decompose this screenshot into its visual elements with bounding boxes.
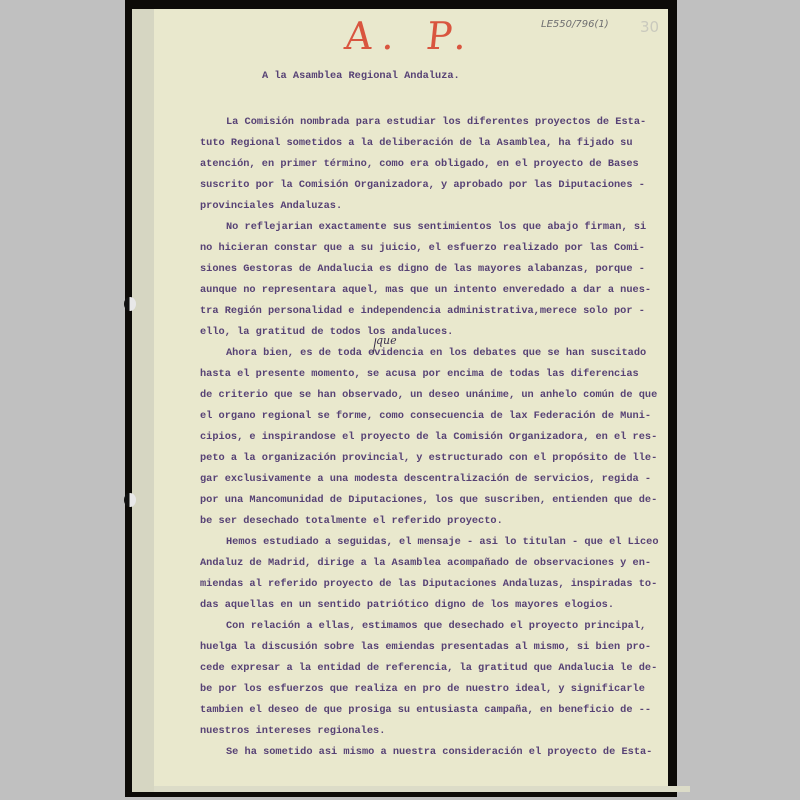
text-line: no hicieran constar que a su juicio, el … (200, 238, 659, 259)
underlying-page-edge (154, 786, 690, 792)
text-line: aunque no representara aquel, mas que un… (200, 280, 659, 301)
handwritten-insertion: que (376, 334, 397, 347)
text-line: atención, en primer término, como era ob… (200, 154, 659, 175)
text-line: tuto Regional sometidos a la deliberació… (200, 133, 659, 154)
punch-hole-icon (124, 297, 136, 311)
punch-hole-icon (124, 493, 136, 507)
text-line: be por los esfuerzos que realiza en pro … (200, 679, 659, 700)
text-line: de criterio que se han observado, un des… (200, 385, 659, 406)
document-title: A la Asamblea Regional Andaluza. (262, 66, 460, 87)
binding-margin-strip (132, 9, 154, 792)
text-line: Ahora bien, es de toda evidencia en los … (200, 343, 659, 364)
text-line: tra Región personalidad e independencia … (200, 301, 659, 322)
text-line: cede expresar a la entidad de referencia… (200, 658, 659, 679)
text-line: suscrito por la Comisión Organizadora, y… (200, 175, 659, 196)
text-line: cipios, e inspirandose el proyecto de la… (200, 427, 659, 448)
text-line: be ser desechado totalmente el referido … (200, 511, 659, 532)
text-line: peto a la organización provincial, y est… (200, 448, 659, 469)
text-line: ello, la gratitud de todos los andaluces… (200, 322, 659, 343)
text-line: das aquellas en un sentido patriótico di… (200, 595, 659, 616)
document-body: La Comisión nombrada para estudiar los d… (200, 112, 659, 763)
text-line: nuestros intereses regionales. (200, 721, 659, 742)
text-line: No reflejarian exactamente sus sentimien… (200, 217, 659, 238)
text-line: el organo regional se forme, como consec… (200, 406, 659, 427)
text-line: Hemos estudiado a seguidas, el mensaje -… (200, 532, 659, 553)
red-pencil-initials: A. P. (343, 14, 479, 58)
text-line: por una Mancomunidad de Diputaciones, lo… (200, 490, 659, 511)
page-number: 30 (640, 18, 659, 36)
text-line: siones Gestoras de Andalucia es digno de… (200, 259, 659, 280)
text-line: provinciales Andaluzas. (200, 196, 659, 217)
text-line: huelga la discusión sobre las emiendas p… (200, 637, 659, 658)
text-line: Con relación a ellas, estimamos que dese… (200, 616, 659, 637)
text-line: hasta el presente momento, se acusa por … (200, 364, 659, 385)
text-line: gar exclusivamente a una modesta descent… (200, 469, 659, 490)
text-line: tambien el deseo de que prosiga su entus… (200, 700, 659, 721)
text-line: Andaluz de Madrid, dirige a la Asamblea … (200, 553, 659, 574)
text-line: miendas al referido proyecto de las Dipu… (200, 574, 659, 595)
text-line: Se ha sometido asi mismo a nuestra consi… (200, 742, 659, 763)
text-line: La Comisión nombrada para estudiar los d… (200, 112, 659, 133)
archive-reference: LE550/796(1) (541, 19, 609, 30)
